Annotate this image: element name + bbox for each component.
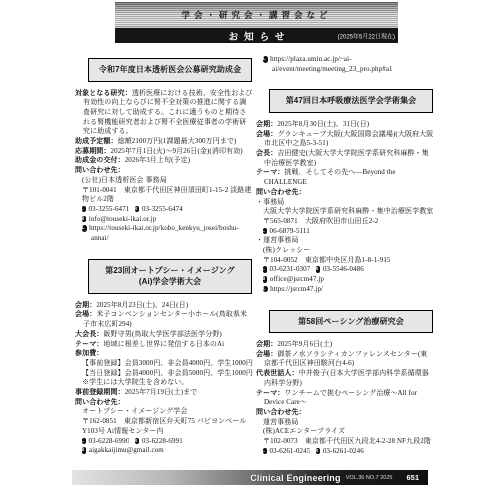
url-icon: URL <box>263 56 268 63</box>
field-label: 対象となる研究： <box>75 90 132 97</box>
field-line: 会期：2025年9月6日(土) <box>256 340 434 350</box>
tel-icon: TEL <box>82 206 86 213</box>
field-label: 助成金の交付： <box>75 157 125 164</box>
field-line: テーマ：ワンチームで挑むペーシング治療〜All for Device Care〜 <box>256 389 434 408</box>
field-line: 対象となる研究：透析医療における技術、安全性および有効性の向上ならびに腎不全対策… <box>75 89 253 138</box>
mail-value: office@jsrcm47.jp <box>270 275 324 283</box>
field-label: 問い合わせ先： <box>256 409 306 416</box>
contact-line: TEL03-6228-6990FAX03-6228-6991 <box>75 437 253 447</box>
article-title-line: (Ai)学会学術大会 <box>91 276 249 288</box>
article-title-line: 第47回日本呼吸療法医学会学術集会 <box>272 95 430 107</box>
text-line: ・事務局 <box>256 198 434 208</box>
left-column: 令和7年度日本透析医会公募研究助成金対象となる研究：透析医療における技術、安全性… <box>75 55 253 456</box>
text-line: ・運営事務局 <box>256 236 434 246</box>
text-line: 〒565-0871 大阪府吹田市山田丘2-2 <box>256 217 434 227</box>
mail-value: aigakkaijimu@gmail.com <box>89 446 164 454</box>
field-line: 事前登録期間：2025年7月19日(土)まで <box>75 388 253 398</box>
fax-icon: FAX <box>135 206 139 213</box>
field-label: 応募期間： <box>75 148 111 155</box>
field-line: 会場：米子コンベンションセンター小ホール(鳥取県米子市末広町294) <box>75 310 253 329</box>
text-line: 〒101-0041 東京都千代田区神田須田町1-15-2 淡路建物ビル2階 <box>75 186 253 205</box>
contact-line: URLhttps://touseki-ikai.or.jp/kobo_kenky… <box>75 224 253 243</box>
text-line: 運営事務局 <box>256 418 434 428</box>
article-title: 第58回ペーシング治療研究会 <box>269 310 433 334</box>
text-line: (株)ACEエンタープライズ <box>256 427 434 437</box>
text-line: 〒102-0073 東京都千代田区九段北4-2-28 NF九段2階 <box>256 437 434 447</box>
article-title-line: 第23回オートプシー・イメージング <box>91 265 249 277</box>
notice-title: お知らせ <box>223 29 291 43</box>
text-line: 大阪大学大学院医学系研究科麻酔・集中治療医学教室 <box>256 207 434 217</box>
url-icon: URL <box>82 225 87 232</box>
text-line: 【当日登録】会員4000円、非会員5000円、学生1000円 <box>75 369 253 379</box>
fax-value: 03-5546-0486 <box>323 265 364 273</box>
field-line: テーマ：地域に根差し世界に発信する日本のAi <box>75 340 253 350</box>
field-line: 会場：グランキューブ大阪(大阪国際会議場)(大阪府大阪市北区中之島5-3-51) <box>256 130 434 149</box>
page-number: 651 <box>406 473 419 482</box>
text-line: 〒104-0052 東京都中央区月島1-8-1-915 <box>256 256 434 266</box>
text-line: オートプシー・イメージング学会 <box>75 407 253 417</box>
field-line: 大会長：飯野守男(鳥取大学医学部法医学分野) <box>75 330 253 340</box>
fax-icon: FAX <box>316 266 320 273</box>
tel-value: 06-6879-5111 <box>270 227 310 235</box>
field-line: 参加費： <box>75 349 253 359</box>
field-line: テーマ：挑戦．そしてその先へ―Beyond the CHALLENGE <box>256 168 434 187</box>
url-icon: URL <box>263 286 268 293</box>
field-line: 代表世話人：中井俊子(日本大学医学部内科学系循環器内科学分野) <box>256 369 434 388</box>
field-line: 応募期間：2025年7月1日(火)〜9月26日(金)(消印有効) <box>75 147 253 157</box>
url-value: https://touseki-ikai.or.jp/kobo_kenkyu_j… <box>89 224 239 242</box>
field-label: 代表世話人： <box>256 370 299 377</box>
fax-value: 03-6228-6991 <box>142 437 183 445</box>
right-column: URLhttps://plaza.umin.ac.jp/~ai-ai/event… <box>256 55 434 457</box>
article-title: 第47回日本呼吸療法医学会学術集会 <box>269 89 433 113</box>
field-line: 会期：2025年8月30日(土)、31日(日) <box>256 120 434 130</box>
field-label: 問い合わせ先： <box>75 167 125 174</box>
field-line: 助成金の交付：2026年3月上旬(予定) <box>75 156 253 166</box>
mail-icon: mail <box>82 216 86 223</box>
field-line: 会場：御茶ノ水ソラシティカンファレンスセンター(東京都千代田区神田駿河台4-6) <box>256 350 434 369</box>
contact-line: mailoffice@jsrcm47.jp <box>256 275 434 285</box>
field-label: 会期： <box>75 302 96 309</box>
field-line: 会長：吉田健史(大阪大学大学院医学系研究科麻酔・集中治療医学教室) <box>256 149 434 168</box>
category-label: 学会・研究会・講習会など <box>181 9 331 21</box>
field-label: 会長： <box>256 150 277 157</box>
journal-issue: VOL.36 NO.7 2025 <box>346 475 393 481</box>
field-label: 問い合わせ先： <box>75 399 125 406</box>
field-label: 会場： <box>256 351 277 358</box>
tel-icon: TEL <box>263 266 267 273</box>
article-title-line: 令和7年度日本透析医会公募研究助成金 <box>91 64 249 76</box>
tel-value: 03-3255-6471 <box>89 205 130 213</box>
text-line: 【事前登録】会員3000円、非会員4000円、学生1000円 <box>75 359 253 369</box>
contact-line: TEL06-6879-5111 <box>256 227 434 237</box>
field-label: 事前登録期間： <box>75 389 125 396</box>
article-title-line: 第58回ペーシング治療研究会 <box>272 316 430 328</box>
journal-logo: Clinical Engineering <box>250 473 341 483</box>
contact-line: TEL03-3255-6471FAX03-3255-6474 <box>75 205 253 215</box>
fax-value: 03-3255-6474 <box>142 205 183 213</box>
field-line: 助成予定額：総額2100万円(1課題最大300万円まで) <box>75 137 253 147</box>
text-line: 〒162-0851 東京都新宿区弁天町75 パピヨンベールY103号 Ai情報セ… <box>75 417 253 436</box>
field-line: 問い合わせ先： <box>75 166 253 176</box>
field-label: 会場： <box>256 131 277 138</box>
field-line: 問い合わせ先： <box>256 408 434 418</box>
text-line: ※学生には大学院生を含めない。 <box>75 378 253 388</box>
notice-bar: お知らせ (2025年5月22日現在) <box>115 28 398 43</box>
contact-line: TEL03-6261-0245FAX03-6261-0246 <box>256 447 434 457</box>
tel-icon: TEL <box>263 448 267 455</box>
fax-icon: FAX <box>135 438 139 445</box>
field-label: 大会長： <box>75 331 103 338</box>
journal-page: 学会・研究会・講習会など お知らせ (2025年5月22日現在) 令和7年度日本… <box>0 0 500 500</box>
notice-as-of-date: (2025年5月22日現在) <box>338 31 395 40</box>
text-line: (株)クレッシー <box>256 246 434 256</box>
field-line: 問い合わせ先： <box>256 188 434 198</box>
tel-icon: TEL <box>263 228 267 235</box>
contact-line: TEL03-6231-0307FAX03-5546-0486 <box>256 265 434 275</box>
mail-icon: mail <box>82 447 86 454</box>
contact-line: mailaigakkaijimu@gmail.com <box>75 446 253 456</box>
page-footer: Clinical Engineering VOL.36 NO.7 2025 65… <box>72 470 428 485</box>
page-header: 学会・研究会・講習会など お知らせ (2025年5月22日現在) <box>115 2 398 43</box>
field-label: 参加費： <box>75 350 103 357</box>
field-label: 会期： <box>256 341 277 348</box>
field-label: 助成予定額： <box>75 138 118 145</box>
contact-line: URLhttps://plaza.umin.ac.jp/~ai-ai/event… <box>256 55 434 74</box>
contact-line: URLhttps://jsrcm47.jp/ <box>256 285 434 295</box>
field-line: 会期：2025年8月23日(土)、24日(日) <box>75 301 253 311</box>
field-label: テーマ： <box>256 169 284 176</box>
mail-value: info@touseki-ikai.or.jp <box>89 215 156 223</box>
contact-line: mailinfo@touseki-ikai.or.jp <box>75 215 253 225</box>
url-value: https://jsrcm47.jp/ <box>270 285 323 293</box>
tel-icon: TEL <box>82 438 86 445</box>
category-band: 学会・研究会・講習会など <box>115 2 398 28</box>
text-line: (公社)日本透析医会 事務局 <box>75 176 253 186</box>
fax-value: 03-6261-0246 <box>323 447 364 455</box>
article-title: 第23回オートプシー・イメージング(Ai)学会学術大会 <box>88 259 252 294</box>
tel-value: 03-6231-0307 <box>270 265 311 273</box>
field-label: 会期： <box>256 121 277 128</box>
tel-value: 03-6228-6990 <box>89 437 130 445</box>
field-label: テーマ： <box>256 390 284 397</box>
field-label: テーマ： <box>75 341 103 348</box>
fax-icon: FAX <box>316 448 320 455</box>
field-label: 問い合わせ先： <box>256 189 306 196</box>
mail-icon: mail <box>263 276 267 283</box>
url-value: https://plaza.umin.ac.jp/~ai-ai/event/me… <box>270 55 393 73</box>
field-label: 会場： <box>75 311 96 318</box>
article-title: 令和7年度日本透析医会公募研究助成金 <box>88 58 252 82</box>
tel-value: 03-6261-0245 <box>270 447 311 455</box>
